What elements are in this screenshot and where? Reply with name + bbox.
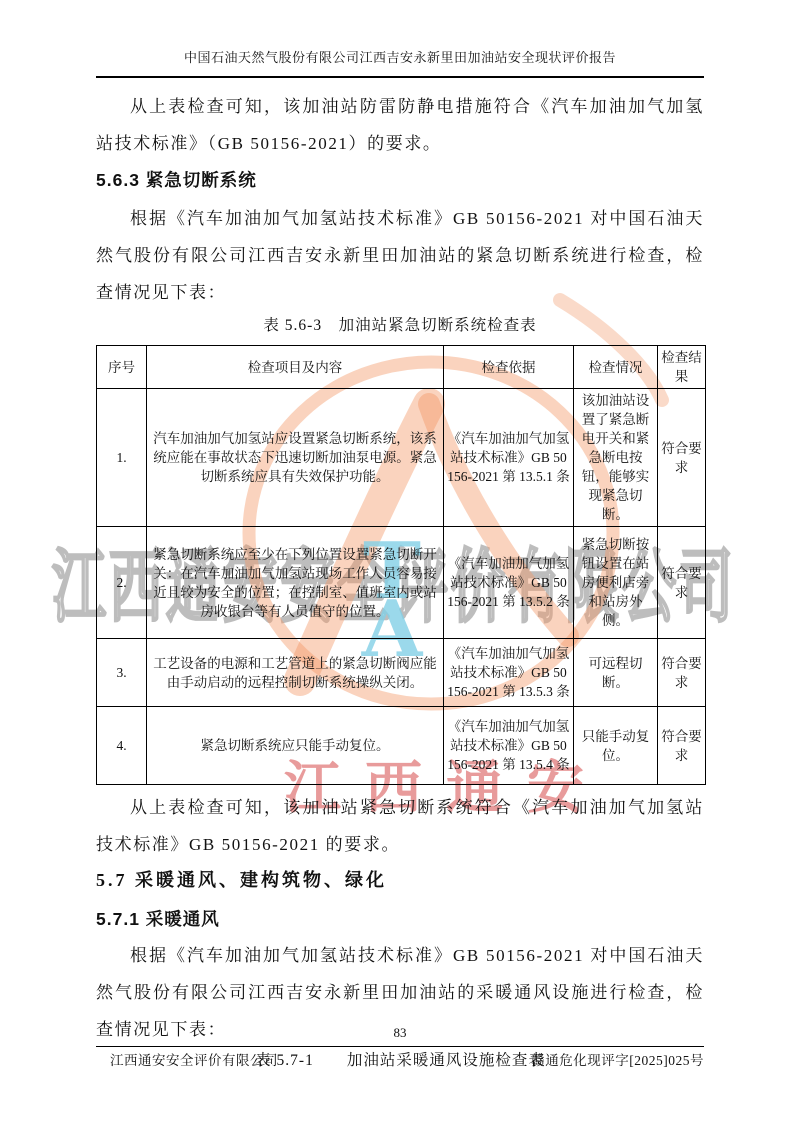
col-header-no: 序号 (97, 346, 147, 389)
cell-result: 符合要求 (658, 639, 706, 707)
cell-no: 2. (97, 527, 147, 639)
table-row: 2. 紧急切断系统应至少在下列位置设置紧急切断开关：在汽车加油加气加氢站现场工作… (97, 527, 706, 639)
cell-situation: 可远程切断。 (574, 639, 658, 707)
table-header-row: 序号 检查项目及内容 检查依据 检查情况 检查结果 (97, 346, 706, 389)
paragraph-571-intro: 根据《汽车加油加气加氢站技术标准》GB 50156-2021 对中国石油天然气股… (96, 937, 704, 1048)
paragraph-shutdown-conclusion: 从上表检查可知，该加油站紧急切断系统符合《汽车加油加气加氢站技术标准》GB 50… (96, 789, 704, 863)
cell-no: 4. (97, 707, 147, 785)
cell-item: 紧急切断系统应只能手动复位。 (147, 707, 444, 785)
cell-result: 符合要求 (658, 527, 706, 639)
heading-5-7-1: 5.7.1 采暖通风 (96, 905, 704, 933)
cell-no: 1. (97, 389, 147, 527)
page-header-title: 中国石油天然气股份有限公司江西吉安永新里田加油站安全现状评价报告 (96, 48, 704, 78)
table-caption-5-6-3: 表 5.6-3 加油站紧急切断系统检查表 (96, 313, 704, 339)
cell-result: 符合要求 (658, 707, 706, 785)
col-header-basis: 检查依据 (444, 346, 574, 389)
cell-item: 汽车加油加气加氢站应设置紧急切断系统，该系统应能在事故状态下迅速切断加油泵电源。… (147, 389, 444, 527)
paragraph-563-intro: 根据《汽车加油加气加氢站技术标准》GB 50156-2021 对中国石油天然气股… (96, 200, 704, 311)
cell-no: 3. (97, 639, 147, 707)
document-content: 中国石油天然气股份有限公司江西吉安永新里田加油站安全现状评价报告 从上表检查可知… (0, 0, 793, 1122)
table-row: 1. 汽车加油加气加氢站应设置紧急切断系统，该系统应能在事故状态下迅速切断加油泵… (97, 389, 706, 527)
cell-basis: 《汽车加油加气加氢站技术标准》GB 50156-2021 第 13.5.2 条 (444, 527, 574, 639)
emergency-shutdown-check-table: 序号 检查项目及内容 检查依据 检查情况 检查结果 1. 汽车加油加气加氢站应设… (96, 345, 706, 785)
report-page: 江西通安安全评价有限公司 T A 江西通安 中国石油天然气股份有限公司江西吉安永… (0, 0, 793, 1122)
col-header-item: 检查项目及内容 (147, 346, 444, 389)
col-header-result: 检查结果 (658, 346, 706, 389)
cell-basis: 《汽车加油加气加氢站技术标准》GB 50156-2021 第 13.5.3 条 (444, 639, 574, 707)
table-caption-5-7-1: 表 5.7-1 加油站采暖通风设施检查表 (96, 1048, 704, 1074)
table-row: 4. 紧急切断系统应只能手动复位。 《汽车加油加气加氢站技术标准》GB 5015… (97, 707, 706, 785)
cell-item: 紧急切断系统应至少在下列位置设置紧急切断开关：在汽车加油加气加氢站现场工作人员容… (147, 527, 444, 639)
cell-basis: 《汽车加油加气加氢站技术标准》GB 50156-2021 第 13.5.4 条 (444, 707, 574, 785)
table-row: 3. 工艺设备的电源和工艺管道上的紧急切断阀应能由手动启动的远程控制切断系统操纵… (97, 639, 706, 707)
cell-result: 符合要求 (658, 389, 706, 527)
heading-5-6-3: 5.6.3 紧急切断系统 (96, 166, 704, 194)
col-header-situation: 检查情况 (574, 346, 658, 389)
cell-basis: 《汽车加油加气加氢站技术标准》GB 50156-2021 第 13.5.1 条 (444, 389, 574, 527)
cell-situation: 只能手动复位。 (574, 707, 658, 785)
cell-item: 工艺设备的电源和工艺管道上的紧急切断阀应能由手动启动的远程控制切断系统操纵关闭。 (147, 639, 444, 707)
cell-situation: 紧急切断按钮设置在站房便利店旁和站房外侧。 (574, 527, 658, 639)
cell-situation: 该加油站设置了紧急断电开关和紧急断电按钮，能够实现紧急切断。 (574, 389, 658, 527)
paragraph-lightning-conclusion: 从上表检查可知，该加油站防雷防静电措施符合《汽车加油加气加氢站技术标准》（GB … (96, 88, 704, 162)
heading-5-7: 5.7 采暖通风、建构筑物、绿化 (96, 865, 704, 895)
